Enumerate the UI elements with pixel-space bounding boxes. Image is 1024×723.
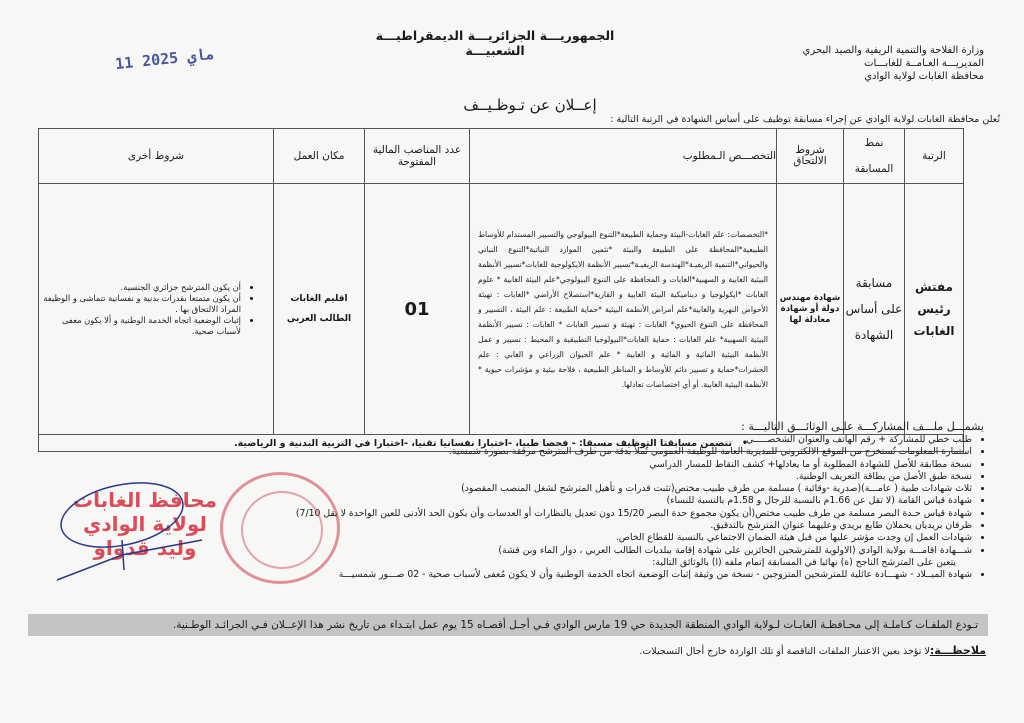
document-item: نسخة مطابقة للأصل للشهادة المطلوبة أو ما… [212, 459, 972, 471]
documents-heading: يشمـــل ملـــف المشاركـــة علـى الوثائــ… [741, 420, 984, 433]
signature-icon [52, 470, 232, 590]
deposit-banner: تـودع الملفـات كـاملـة إلى محـافظـة الغا… [28, 614, 988, 636]
table-header-row: الرتبة نمط المسابقة شروط الالتحاق التخصـ… [39, 129, 964, 184]
header-conditions: شروط الالتحاق [777, 129, 844, 184]
cell-conditions: شهادة مهندس دولة أو شهادة معادلة لها [777, 184, 844, 435]
directorate-line: المديريـــة العـامــة للغابـــات [803, 57, 984, 70]
other-condition: أن يكون متمتعا بقدرات بدنية و نفسانية تت… [40, 293, 241, 315]
page-title: إعــلان عن تـوظـيــف [445, 96, 615, 114]
header-mode: نمط المسابقة [844, 129, 905, 184]
cell-other-conditions: أن يكون المترشح جزائري الجنسية. أن يكون … [39, 184, 274, 435]
note-label: ملاحظـــة: [930, 644, 986, 657]
document-item: نسخة طبق الأصل من بطاقة التعريف الوطنية. [212, 471, 972, 483]
header-rank: الرتبة [905, 129, 964, 184]
recruitment-announcement: الجمهوريـــة الجزائريـــة الديمقراطيـــة… [0, 0, 1024, 723]
cell-specialty: *التخصصات: علم الغابات-البيئة وحماية الط… [470, 184, 777, 435]
cell-count: 01 [365, 184, 470, 435]
cell-mode: مسابقة على أساس الشهادة [844, 184, 905, 435]
document-item: طلب خطي للمشاركة + رقم الهاتف والعنوان ا… [212, 434, 972, 446]
intro-text: تُعلن محافظة الغابات لولاية الوادي عن إج… [610, 114, 1000, 125]
header-specialty: التخصـــص الـمطلوب [470, 129, 777, 184]
official-seal-icon [220, 472, 340, 584]
ministry-line: وزارة الفلاحة والتنمية الريفية والصيد ال… [803, 44, 984, 57]
document-item: استمارة المعلومات تُستخرج من الموقع الال… [212, 446, 972, 458]
conservation-line: محافظة الغابات لولاية الوادي [803, 70, 984, 83]
header-other: شروط أخرى [39, 129, 274, 184]
cell-place: اقليم الغابات الطالب العربي [274, 184, 365, 435]
cell-rank: مفتش رئيس الغابات [905, 184, 964, 435]
note: ملاحظـــة:لا تؤخذ بعين الاعتبار الملفات … [639, 644, 986, 657]
other-condition: إثبات الوضعية اتجاه الخدمة الوطنية و ألا… [40, 315, 241, 337]
positions-table: الرتبة نمط المسابقة شروط الالتحاق التخصـ… [38, 128, 964, 452]
note-text: لا تؤخذ بعين الاعتبار الملفات الناقصة أو… [639, 646, 930, 657]
republic-heading: الجمهوريـــة الجزائريـــة الديمقراطيـــة… [370, 28, 620, 58]
header-count: عدد المناصب المالية المفتوحة [365, 129, 470, 184]
ministry-block: وزارة الفلاحة والتنمية الريفية والصيد ال… [803, 44, 984, 83]
other-condition: أن يكون المترشح جزائري الجنسية. [40, 282, 241, 293]
date-stamp: 11 ماي 2025 [114, 45, 215, 73]
header-place: مكان العمل [274, 129, 365, 184]
winner-documents: شهادة الميــلاد - شهـــادة عائلية للمترش… [212, 569, 972, 581]
table-row: مفتش رئيس الغابات مسابقة على أساس الشهاد… [39, 184, 964, 435]
